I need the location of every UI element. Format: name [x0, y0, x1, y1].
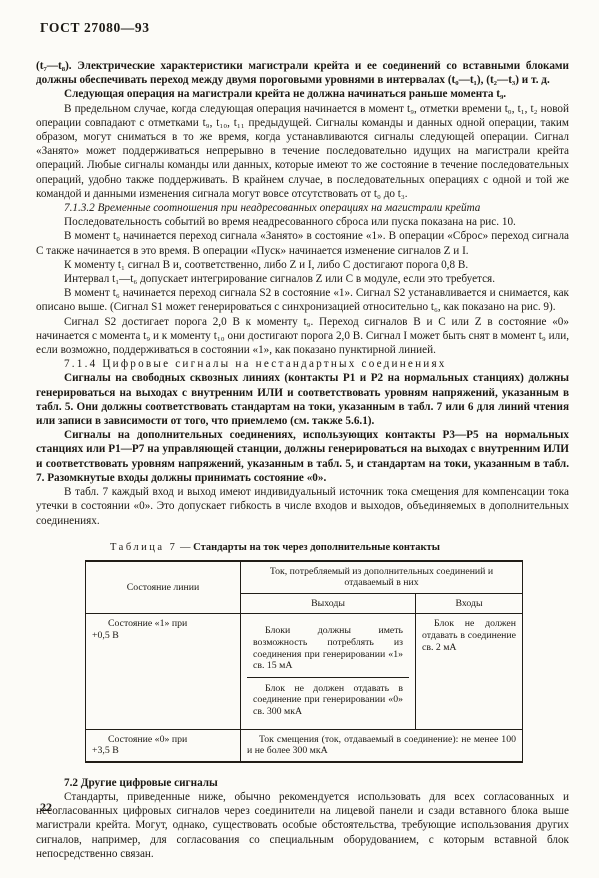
- table-header-current: Ток, потребляемый из дополнительных соед…: [241, 561, 523, 594]
- paragraph: 7.1.4 Цифровые сигналы на нестандартных …: [36, 357, 569, 371]
- paragraph: (t₇—t₈). Электрические характеристики ма…: [36, 59, 569, 87]
- paragraph: Стандарты, приведенные ниже, обычно реко…: [36, 790, 569, 861]
- paragraph: Сигналы на дополнительных соединениях, и…: [36, 428, 569, 485]
- paragraph: Следующая операция на магистрали крейта …: [36, 87, 569, 101]
- paragraph: 7.2 Другие цифровые сигналы: [36, 776, 569, 790]
- state-0-voltage: +3,5 В: [92, 745, 234, 757]
- inputs-rule: Блок не должен отдавать в соединение св.…: [422, 618, 516, 653]
- table-header-line-state: Состояние линии: [86, 561, 241, 614]
- table-caption-dash: —: [180, 542, 191, 553]
- table-header-inputs: Входы: [416, 593, 523, 614]
- text-section-top: (t₇—t₈). Электрические характеристики ма…: [36, 59, 569, 528]
- state-0-label: Состояние «0» при: [92, 734, 234, 746]
- paragraph: Сигналы на свободных сквозных линиях (ко…: [36, 371, 569, 428]
- paragraph: Последовательность событий во время неад…: [36, 215, 569, 229]
- table-cell-outputs-1: Блоки должны иметь возможность потреблят…: [241, 614, 416, 729]
- document-header: ГОСТ 27080—93: [40, 20, 150, 36]
- page-number: 22: [40, 800, 52, 815]
- table-7-block: Таблица 7 — Стандарты на ток через допол…: [85, 542, 522, 763]
- table-cell-inputs-1: Блок не должен отдавать в соединение св.…: [416, 614, 523, 729]
- table-caption-label: Таблица 7: [110, 542, 177, 553]
- state-1-voltage: +0,5 В: [92, 630, 234, 642]
- paragraph: В табл. 7 каждый вход и выход имеют инди…: [36, 485, 569, 528]
- state-1-label: Состояние «1» при: [92, 618, 234, 630]
- paragraph: 7.1.3.2 Временные соотношения при неадре…: [36, 201, 569, 215]
- table-header-outputs: Выходы: [241, 593, 416, 614]
- table-cell-state-1: Состояние «1» при +0,5 В: [86, 614, 241, 729]
- table-cell-bias-current: Ток смещения (ток, отдаваемый в соединен…: [241, 729, 523, 762]
- document-body: (t₇—t₈). Электрические характеристики ма…: [36, 59, 569, 861]
- document-page: ГОСТ 27080—93 (t₇—t₈). Электрические хар…: [0, 0, 599, 878]
- outputs-rule-b: Блок не должен отдавать в соединение при…: [247, 678, 409, 725]
- table-7: Состояние линии Ток, потребляемый из доп…: [85, 560, 523, 763]
- table-cell-state-0: Состояние «0» при +3,5 В: [86, 729, 241, 762]
- bias-current-rule: Ток смещения (ток, отдаваемый в соединен…: [247, 734, 516, 757]
- paragraph: Сигнал S2 достигает порога 2,0 В к момен…: [36, 315, 569, 358]
- paragraph: К моменту t₁ сигнал B и, соответственно,…: [36, 258, 569, 272]
- paragraph: Интервал t₁—t₆ допускает интегрирование …: [36, 272, 569, 286]
- table-caption: Таблица 7 — Стандарты на ток через допол…: [110, 542, 522, 554]
- paragraph: В момент t₀ начинается переход сигнала «…: [36, 229, 569, 257]
- paragraph: В предельном случае, когда следующая опе…: [36, 102, 569, 201]
- paragraph: В момент t₆ начинается переход сигнала S…: [36, 286, 569, 314]
- text-section-bottom: 7.2 Другие цифровые сигналыСтандарты, пр…: [36, 776, 569, 861]
- outputs-rule-a: Блоки должны иметь возможность потреблят…: [247, 618, 409, 677]
- table-caption-title: Стандарты на ток через дополнительные ко…: [193, 542, 440, 553]
